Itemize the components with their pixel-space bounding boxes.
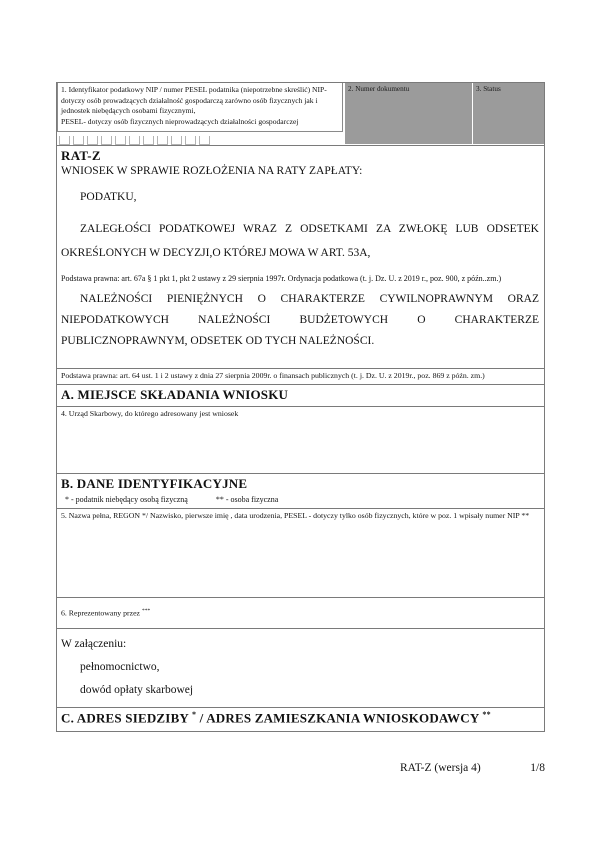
id-digit-cell[interactable]: [59, 136, 70, 145]
title-section: RAT-Z WNIOSEK W SPRAWIE ROZŁOŻENIA NA RA…: [57, 145, 544, 368]
field1-text-pesel: PESEL- dotyczy osób fizycznych nieprowad…: [61, 117, 298, 126]
note-double-star: ** - osoba fizyczna: [216, 495, 278, 504]
section-b-header-row: B. DANE IDENTYFIKACYJNE * - podatnik nie…: [57, 473, 544, 508]
section-a-header: A. MIEJSCE SKŁADANIA WNIOSKU: [57, 384, 544, 406]
legal-basis-1: Podstawa prawna: art. 67a § 1 pkt 1, pkt…: [61, 273, 539, 284]
field6-label: 6. Reprezentowany przez: [61, 609, 142, 618]
section-b-header: B. DANE IDENTYFIKACYJNE: [57, 474, 544, 495]
form-title: WNIOSEK W SPRAWIE ROZŁOŻENIA NA RATY ZAP…: [61, 165, 539, 177]
field2-label: 2. Numer dokumentu: [348, 85, 409, 93]
field-taxpayer-id-label: 1. Identyfikator podatkowy NIP / numer P…: [57, 83, 343, 132]
attachments-section: W załączeniu: pełnomocnictwo, dowód opła…: [57, 628, 544, 707]
taxpayer-id-input-cells[interactable]: [59, 136, 343, 145]
id-digit-cell[interactable]: [87, 136, 98, 145]
field3-label: 3. Status: [476, 85, 501, 93]
item-podatku: PODATKU,: [61, 191, 539, 203]
taxpayer-id-column: 1. Identyfikator podatkowy NIP / numer P…: [57, 83, 343, 145]
id-digit-cell[interactable]: [143, 136, 154, 145]
field6-asterisks: ***: [142, 608, 150, 614]
field-6-reprezentowany[interactable]: 6. Reprezentowany przez ***: [57, 597, 544, 628]
id-digit-cell[interactable]: [129, 136, 140, 145]
id-digit-cell[interactable]: [171, 136, 182, 145]
item-zaleglosci: ZALEGŁOŚCI PODATKOWEJ WRAZ Z ODSETKAMI Z…: [61, 217, 539, 265]
form-code: RAT-Z: [61, 148, 539, 164]
section-c-middle: / ADRES ZAMIESZKANIA WNIOSKODAWCY: [196, 710, 482, 725]
section-c-header: C. ADRES SIEDZIBY * / ADRES ZAMIESZKANIA…: [57, 707, 544, 732]
id-digit-cell[interactable]: [73, 136, 84, 145]
attachment-item: pełnomocnictwo,: [61, 661, 539, 673]
field-5-nazwa-pelna[interactable]: 5. Nazwa pełna, REGON */ Nazwisko, pierw…: [57, 508, 544, 597]
id-digit-cell[interactable]: [115, 136, 126, 145]
ratz-form: 1. Identyfikator podatkowy NIP / numer P…: [56, 82, 545, 732]
footer-form-version: RAT-Z (wersja 4): [400, 762, 481, 774]
id-digit-cell[interactable]: [157, 136, 168, 145]
id-digit-cell[interactable]: [199, 136, 210, 145]
item-naleznosci: NALEŻNOŚCI PIENIĘŻNYCH O CHARAKTERZE CYW…: [61, 289, 539, 352]
field4-label: 4. Urząd Skarbowy, do którego adresowany…: [61, 409, 238, 418]
attachments-intro: W załączeniu:: [61, 638, 539, 650]
attachment-item: dowód opłaty skarbowej: [61, 684, 539, 696]
footer-page-number: 1/8: [530, 762, 545, 774]
id-digit-cell[interactable]: [185, 136, 196, 145]
field1-text: 1. Identyfikator podatkowy NIP / numer P…: [61, 85, 327, 115]
note-single-star: * - podatnik niebędący osobą fizyczną: [65, 495, 188, 504]
page-footer: RAT-Z (wersja 4) 1/8: [400, 762, 545, 774]
field-status[interactable]: 3. Status: [473, 83, 544, 144]
legal-basis-2: Podstawa prawna: art. 64 ust. 1 i 2 usta…: [57, 368, 544, 384]
section-c-prefix: C. ADRES SIEDZIBY: [61, 710, 192, 725]
section-c-sup2: **: [482, 710, 490, 719]
official-use-column: 2. Numer dokumentu 3. Status: [343, 83, 544, 145]
identification-row: 1. Identyfikator podatkowy NIP / numer P…: [57, 82, 544, 145]
field5-label: 5. Nazwa pełna, REGON */ Nazwisko, pierw…: [61, 511, 529, 520]
id-digit-cell[interactable]: [101, 136, 112, 145]
field-4-urzad-skarbowy[interactable]: 4. Urząd Skarbowy, do którego adresowany…: [57, 406, 544, 473]
section-b-notes: * - podatnik niebędący osobą fizyczną** …: [57, 495, 544, 508]
field-document-number[interactable]: 2. Numer dokumentu: [345, 83, 472, 144]
